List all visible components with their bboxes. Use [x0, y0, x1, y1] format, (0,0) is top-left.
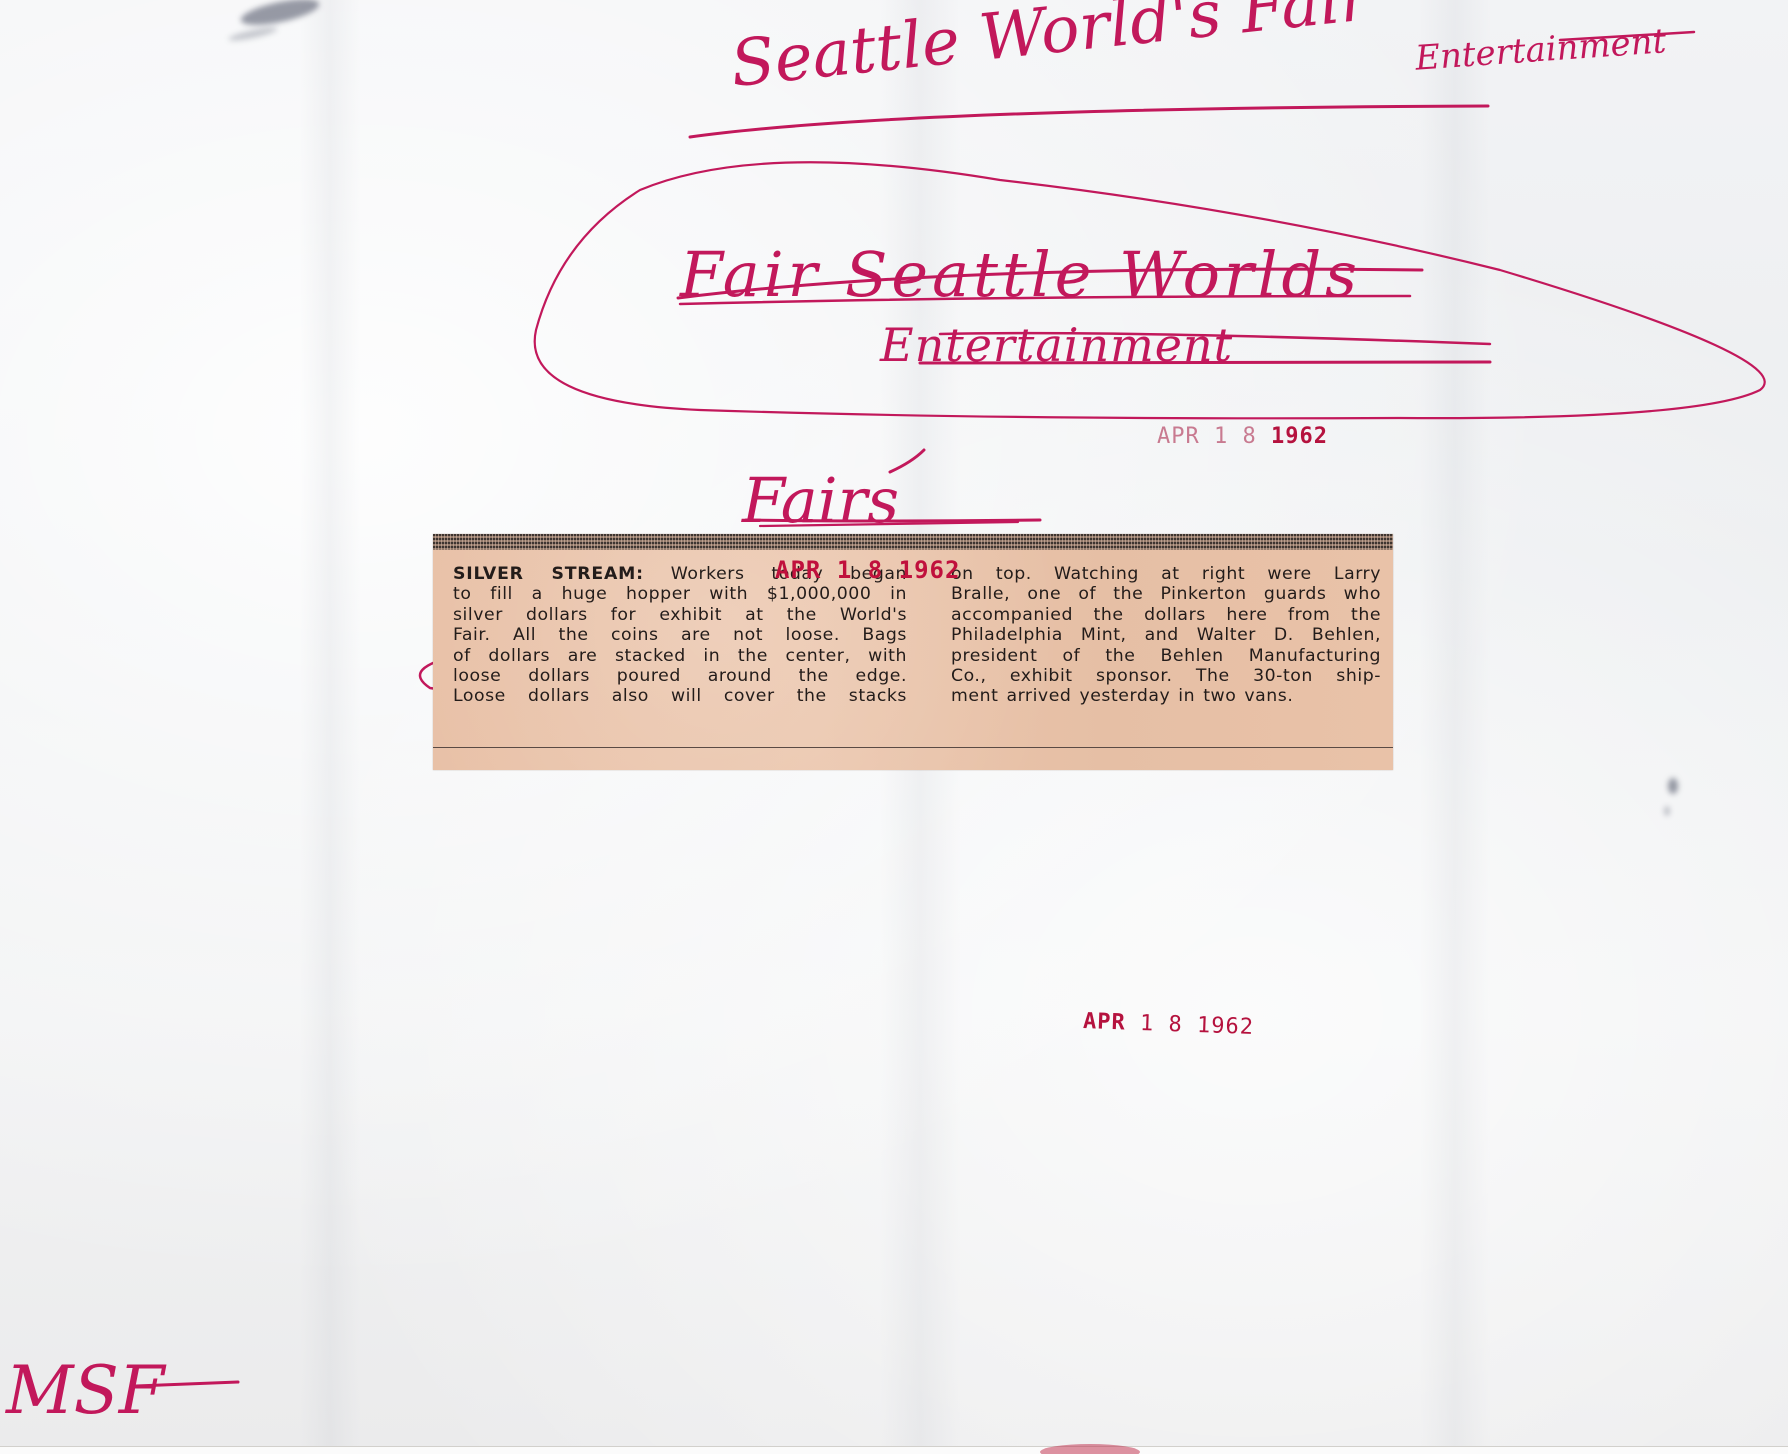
stamp-year: 1962 — [899, 556, 961, 584]
stamp-day: 1 8 — [1214, 424, 1257, 449]
clipping-right-column: on top. Watching at right were Larry Bra… — [951, 564, 1381, 707]
clipping-line: Loose dollars also will cover the stacks — [453, 686, 907, 706]
clipping-bottom-rule — [433, 747, 1393, 748]
clipping-left-column: SILVER STREAM: Workers today began to fi… — [453, 564, 907, 707]
ink-smudge — [228, 25, 279, 43]
clipping-line: loose dollars poured around the edge. — [453, 666, 907, 686]
clipping-line: of dollars are stacked in the center, wi… — [453, 646, 907, 666]
paper-crease — [300, 0, 360, 1448]
clipping-line: silver dollars for exhibit at the World'… — [453, 605, 907, 625]
crossed-out-note-line2: Entertainment — [880, 318, 1233, 372]
stamp-year: 1962 — [1271, 424, 1328, 449]
clipping-line: accompanied the dollars here from the — [951, 605, 1381, 625]
clipping-line: Bralle, one of the Pinkerton guards who — [951, 584, 1381, 604]
clipping-line: president of the Behlen Manufacturing — [951, 646, 1381, 666]
clipping-headline: SILVER STREAM: — [453, 564, 644, 584]
crossed-out-fairs: Fairs — [742, 464, 899, 537]
stamp-month: APR — [775, 556, 821, 584]
ink-spot — [1664, 806, 1670, 816]
stamp-day: 1 8 — [1140, 1011, 1184, 1037]
date-stamp: APR 1 8 1962 — [1157, 424, 1328, 449]
clipping-line: on top. Watching at right were Larry — [951, 564, 1381, 584]
stamp-day: 1 8 — [837, 556, 883, 584]
handwritten-initials: MSF — [6, 1352, 165, 1429]
clipping-line: ment arrived yesterday in two vans. — [951, 686, 1381, 706]
clipping-line: to fill a huge hopper with $1,000,000 in — [453, 584, 907, 604]
crossed-out-note-line1: Fair Seattle Worlds — [680, 238, 1361, 311]
clipping-line: Philadelphia Mint, and Walter D. Behlen, — [951, 625, 1381, 645]
clipping-line: Fair. All the coins are not loose. Bags — [453, 625, 907, 645]
stamp-month: APR — [1083, 1009, 1127, 1035]
clipping-line: Co., exhibit sponsor. The 30-ton ship- — [951, 666, 1381, 686]
stamp-month: APR — [1157, 424, 1200, 449]
stamp-year: 1962 — [1197, 1013, 1255, 1040]
paper-bottom-edge — [0, 1446, 1788, 1454]
date-stamp-on-clipping: APR 1 8 1962 — [775, 556, 960, 584]
paper-crease — [1420, 0, 1490, 1448]
clipping-top-rule — [433, 534, 1393, 550]
ink-spot — [1668, 778, 1678, 794]
